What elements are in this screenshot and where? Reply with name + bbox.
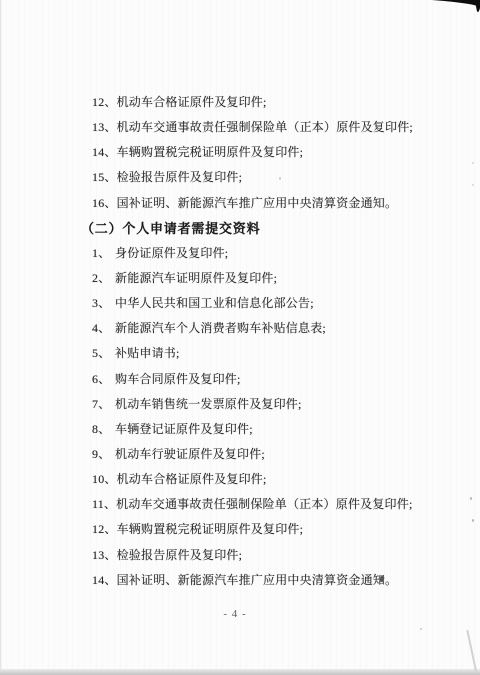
scan-speck	[279, 177, 281, 180]
scan-speck	[470, 497, 472, 500]
list-item: 8、车辆登记证原件及复印件;	[92, 417, 470, 442]
item-number: 2、	[92, 266, 115, 291]
scan-speck	[472, 162, 474, 164]
list-item: 16、国补证明、新能源汽车推广应用中央清算资金通知。	[92, 191, 470, 216]
item-number: 11、	[92, 492, 116, 517]
list-item: 6、购车合同原件及复印件;	[92, 367, 470, 392]
item-number: 13、	[92, 115, 117, 140]
scan-speck	[472, 519, 474, 522]
list-item: 13、检验报告原件及复印件;	[92, 543, 470, 568]
scan-edge-bottom	[0, 669, 480, 675]
list-item: 11、机动车交通事故责任强制保险单（正本）原件及复印件;	[92, 492, 470, 517]
list-item: 1、身份证原件及复印件;	[92, 241, 470, 266]
item-text: 购车合同原件及复印件;	[115, 372, 241, 386]
item-text: 身份证原件及复印件;	[115, 246, 228, 260]
scan-edge-left	[0, 0, 2, 675]
item-text: 机动车交通事故责任强制保险单（正本）原件及复印件;	[117, 120, 413, 134]
document-body: 12、机动车合格证原件及复印件; 13、机动车交通事故责任强制保险单（正本）原件…	[0, 0, 480, 593]
list-item: 3、中华人民共和国工业和信息化部公告;	[92, 291, 470, 316]
item-text: 机动车交通事故责任强制保险单（正本）原件及复印件;	[116, 497, 412, 511]
item-text: 机动车行驶证原件及复印件;	[115, 447, 265, 461]
scan-artifact-corner-cut	[466, 630, 476, 671]
item-number: 13、	[92, 543, 117, 568]
item-number: 6、	[92, 367, 115, 392]
item-number: 12、	[92, 90, 117, 115]
list-item: 13、机动车交通事故责任强制保险单（正本）原件及复印件;	[92, 115, 470, 140]
item-text: 车辆购置税完税证明原件及复印件;	[117, 522, 304, 536]
item-number: 14、	[92, 140, 117, 165]
item-text: 中华人民共和国工业和信息化部公告;	[115, 296, 314, 310]
item-number: 9、	[92, 442, 115, 467]
page-number-text: - 4 -	[223, 606, 246, 622]
item-text: 检验报告原件及复印件;	[117, 548, 243, 562]
item-text: 检验报告原件及复印件;	[117, 170, 243, 184]
list-item: 12、车辆购置税完税证明原件及复印件;	[92, 517, 470, 542]
item-number: 14、	[92, 568, 117, 593]
scan-speck	[420, 628, 422, 630]
list-item: 9、机动车行驶证原件及复印件;	[92, 442, 470, 467]
item-number: 12、	[92, 517, 117, 542]
section-heading: （二）个人申请者需提交资料	[81, 216, 470, 241]
item-number: 15、	[92, 165, 117, 190]
scanned-document-page: 12、机动车合格证原件及复印件; 13、机动车交通事故责任强制保险单（正本）原件…	[0, 0, 480, 675]
page-number: - 4 -	[0, 606, 480, 622]
item-text: 机动车销售统一发票原件及复印件;	[115, 397, 302, 411]
item-text: 机动车合格证原件及复印件;	[117, 472, 267, 486]
list-item: 2、新能源汽车证明原件及复印件;	[92, 266, 470, 291]
item-number: 8、	[92, 417, 115, 442]
item-text: 新能源汽车个人消费者购车补贴信息表;	[115, 321, 326, 335]
scan-speck	[472, 184, 474, 186]
list-item: 12、机动车合格证原件及复印件;	[92, 90, 470, 115]
item-number: 4、	[92, 316, 115, 341]
item-text: 补贴申请书;	[115, 346, 180, 360]
list-item: 5、补贴申请书;	[92, 341, 470, 366]
item-number: 3、	[92, 291, 115, 316]
scan-artifact-corner-fold	[430, 0, 480, 14]
item-text: 新能源汽车证明原件及复印件;	[115, 271, 277, 285]
item-text: 机动车合格证原件及复印件;	[117, 95, 267, 109]
item-number: 7、	[92, 392, 115, 417]
list-item: 14、车辆购置税完税证明原件及复印件;	[92, 140, 470, 165]
list-item: 10、机动车合格证原件及复印件;	[92, 467, 470, 492]
item-text: 车辆购置税完税证明原件及复印件;	[117, 145, 304, 159]
list-item: 4、新能源汽车个人消费者购车补贴信息表;	[92, 316, 470, 341]
item-number: 10、	[92, 467, 117, 492]
item-number: 1、	[92, 241, 115, 266]
list-item: 15、检验报告原件及复印件;	[92, 165, 470, 190]
list-item: 7、机动车销售统一发票原件及复印件;	[92, 392, 470, 417]
item-text: 车辆登记证原件及复印件;	[115, 422, 253, 436]
item-number: 16、	[92, 191, 117, 216]
item-text: 国补证明、新能源汽车推广应用中央清算资金通知。	[117, 196, 398, 210]
item-text: 国补证明、新能源汽车推广应用中央清算资金通知。	[117, 573, 398, 587]
list-item: 14、国补证明、新能源汽车推广应用中央清算资金通知。	[92, 568, 470, 593]
item-number: 5、	[92, 341, 115, 366]
